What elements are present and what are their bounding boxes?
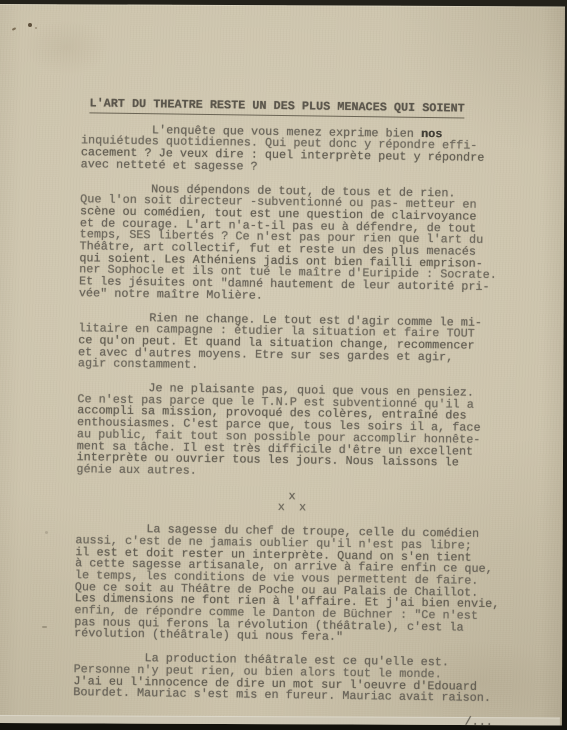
document-title: L'ART DU THEATRE RESTE UN DES PLUS MENAC… — [81, 98, 513, 116]
margin-mark — [42, 626, 47, 628]
document-title-text: L'ART DU THEATRE RESTE UN DES PLUS MENAC… — [89, 96, 464, 118]
photo-background: L'ART DU THEATRE RESTE UN DES PLUS MENAC… — [0, 0, 567, 730]
paragraph-2: Nous dépendons de tout, de tous et de ri… — [79, 183, 513, 306]
paper-stain — [45, 531, 48, 534]
paragraph-5: La sagesse du chef de troupe, celle du c… — [74, 523, 508, 646]
paragraph-3: Rien ne change. Le tout est d'agir comme… — [78, 312, 511, 377]
ink-speck — [28, 23, 32, 27]
ink-speck — [35, 27, 37, 29]
section-separator: xx x — [76, 488, 508, 517]
paragraph-6: La production théâtrale est ce qu'elle e… — [73, 652, 506, 705]
paragraph-4: Je ne plaisante pas, quoi que vous en pe… — [76, 382, 509, 482]
paragraph-1: L'enquête que vous menez exprime bien no… — [81, 124, 514, 177]
text-line: Bourdet. Mauriac s'est mis en fureur. Ma… — [73, 687, 505, 705]
continuation-mark: /... — [73, 711, 505, 729]
paper-sheet: L'ART DU THEATRE RESTE UN DES PLUS MENAC… — [0, 4, 565, 725]
paragraphs: L'enquête que vous menez exprime bien no… — [73, 124, 513, 705]
typewritten-text-block: L'ART DU THEATRE RESTE UN DES PLUS MENAC… — [73, 98, 514, 729]
